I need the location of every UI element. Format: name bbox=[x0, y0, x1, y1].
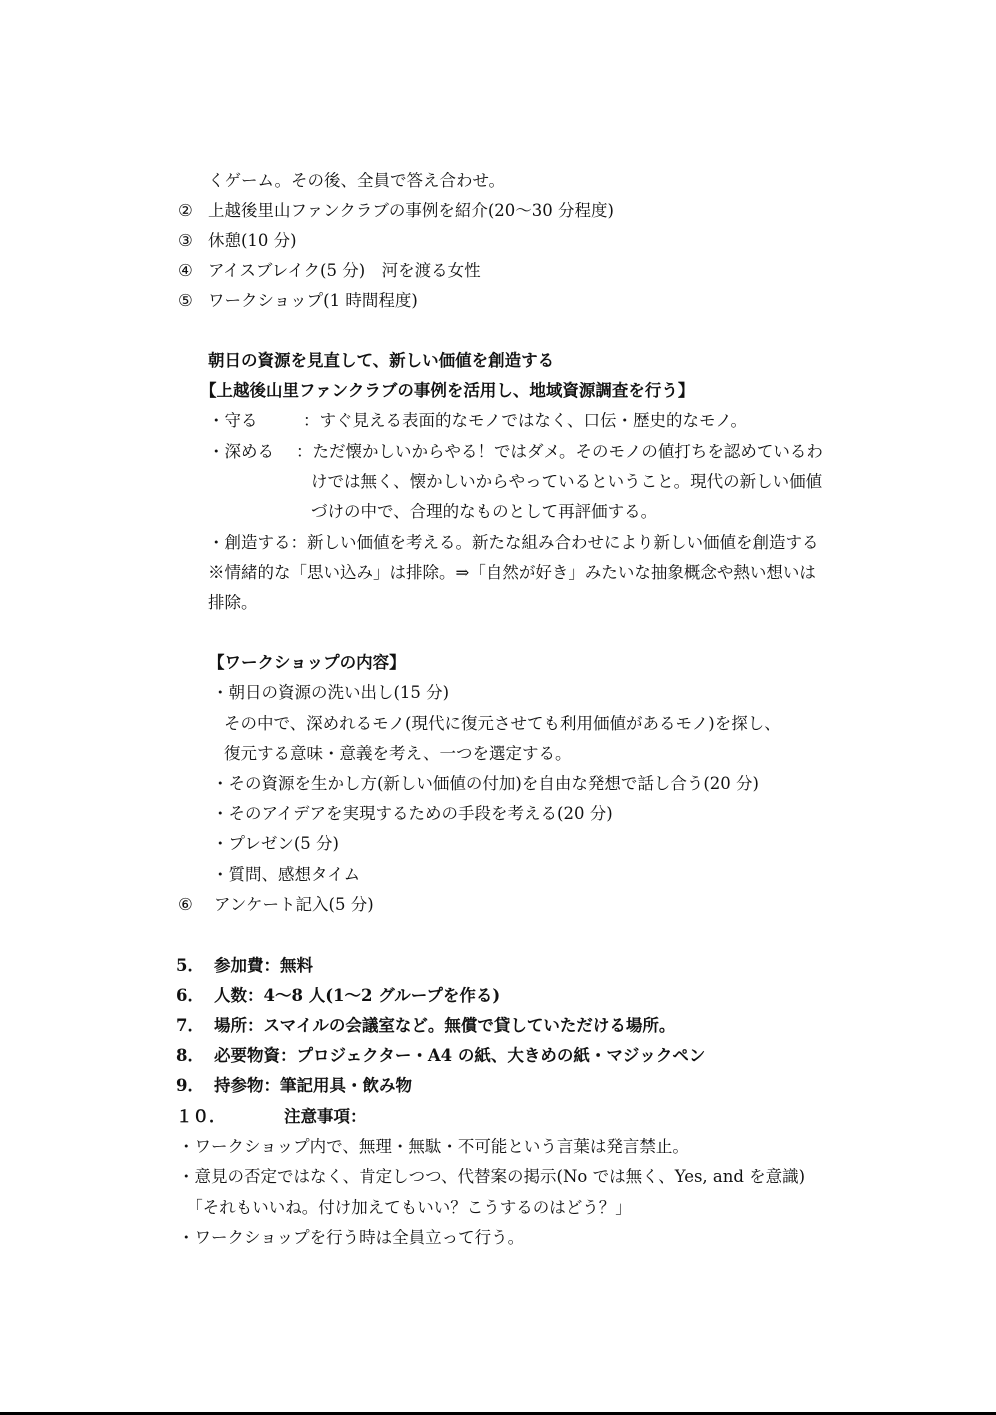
section-value: 4～8 人(1～2 グループを作る) bbox=[264, 986, 501, 1005]
point-colon: ： bbox=[291, 533, 308, 552]
workshop-item: ・質問、感想タイム bbox=[212, 864, 360, 886]
agenda-text: 休憩(10 分) bbox=[208, 231, 297, 250]
section-fee: 5．参加費：無料 bbox=[176, 955, 313, 977]
point-label: ・深める bbox=[208, 441, 296, 463]
theme-subtitle: 【上越後山里ファンクラブの事例を活用し、地域資源調査を行う】 bbox=[200, 380, 694, 402]
theme-point-deepen: ・深める ：ただ懐かしいからやる！ではダメ。そのモノの値打ちを認めているわ bbox=[208, 441, 823, 463]
list-marker: ④ bbox=[178, 260, 208, 282]
point-label: ・創造する bbox=[208, 533, 291, 552]
section-label: 場所： bbox=[214, 1016, 264, 1035]
section-headcount: 6．人数：4～8 人(1～2 グループを作る) bbox=[176, 985, 500, 1007]
agenda-text: アンケート記入(5 分) bbox=[214, 895, 374, 914]
workshop-item: ・朝日の資源の洗い出し(15 分) bbox=[212, 682, 449, 704]
list-marker: ⑥ bbox=[178, 894, 214, 916]
list-marker: ③ bbox=[178, 230, 208, 252]
section-value: 筆記用具・飲み物 bbox=[280, 1076, 412, 1095]
list-marker: ⑤ bbox=[178, 290, 208, 312]
section-label: 人数： bbox=[214, 986, 264, 1005]
section-number: 6． bbox=[176, 985, 214, 1007]
agenda-text: 上越後里山ファンクラブの事例を紹介(20～30 分程度) bbox=[208, 201, 614, 220]
section-value: スマイルの会議室など。無償で貸していただける場所。 bbox=[264, 1016, 676, 1035]
agenda-text: ワークショップ(1 時間程度) bbox=[208, 291, 418, 310]
caution-item: ・ワークショップを行う時は全員立って行う。 bbox=[178, 1227, 524, 1249]
section-number: 8． bbox=[176, 1045, 214, 1067]
workshop-heading: 【ワークショップの内容】 bbox=[208, 652, 406, 674]
theme-point-create: ・創造する：新しい価値を考える。新たな組み合わせにより新しい価値を創造する bbox=[208, 532, 819, 554]
point-colon: ： bbox=[303, 411, 320, 430]
section-cautions: １０．注意事項： bbox=[176, 1106, 367, 1128]
agenda-item-6: ⑥アンケート記入(5 分) bbox=[178, 894, 374, 916]
theme-note-cont: 排除。 bbox=[208, 592, 258, 614]
section-number: 9． bbox=[176, 1075, 214, 1097]
caution-item: ・ワークショップ内で、無理・無駄・不可能という言葉は発言禁止。 bbox=[178, 1136, 689, 1158]
point-colon: ： bbox=[296, 442, 313, 461]
section-bring: 9．持参物：筆記用具・飲み物 bbox=[176, 1075, 412, 1097]
section-number: 7． bbox=[176, 1015, 214, 1037]
section-value: プロジェクター・A4 の紙、大きめの紙・マジックペン bbox=[297, 1046, 706, 1065]
point-label: ・守る bbox=[208, 410, 303, 432]
section-venue: 7．場所：スマイルの会議室など。無償で貸していただける場所。 bbox=[176, 1015, 675, 1037]
workshop-item: ・プレゼン(5 分) bbox=[212, 833, 339, 855]
point-text: すぐ見える表面的なモノではなく、口伝・歴史的なモノ。 bbox=[320, 411, 748, 430]
section-label: 注意事項： bbox=[284, 1107, 367, 1126]
section-label: 持参物： bbox=[214, 1076, 280, 1095]
section-label: 参加費： bbox=[214, 956, 280, 975]
workshop-item-detail: 復元する意味・意義を考え、一つを選定する。 bbox=[224, 743, 572, 765]
agenda-item-3: ③休憩(10 分) bbox=[178, 230, 297, 252]
caution-item: ・意見の否定ではなく、肯定しつつ、代替案の掲示(No では無く、Yes, and… bbox=[178, 1166, 805, 1188]
agenda-item-5: ⑤ワークショップ(1 時間程度) bbox=[178, 290, 418, 312]
theme-point-deepen-cont: づけの中で、合理的なものとして再評価する。 bbox=[311, 501, 657, 523]
point-text: ただ懐かしいからやる！ではダメ。そのモノの値打ちを認めているわ bbox=[313, 442, 823, 461]
workshop-item-detail: その中で、深めれるモノ(現代に復元させても利用価値があるモノ)を探し、 bbox=[224, 713, 781, 735]
list-marker: ② bbox=[178, 200, 208, 222]
caution-example: 「それもいいね。付け加えてもいい？こうするのはどう？」 bbox=[178, 1197, 632, 1219]
section-value: 無料 bbox=[280, 956, 313, 975]
agenda-continuation: くゲーム。その後、全員で答え合わせ。 bbox=[208, 170, 505, 192]
theme-point-deepen-cont: けでは無く、懐かしいからやっているということ。現代の新しい価値 bbox=[311, 471, 822, 493]
agenda-item-2: ②上越後里山ファンクラブの事例を紹介(20～30 分程度) bbox=[178, 200, 614, 222]
section-supplies: 8．必要物資：プロジェクター・A4 の紙、大きめの紙・マジックペン bbox=[176, 1045, 705, 1067]
agenda-text: アイスブレイク(5 分) 河を渡る女性 bbox=[208, 261, 481, 280]
theme-note: ※情緒的な「思い込み」は排除。⇒「自然が好き」みたいな抽象概念や熱い想いは bbox=[208, 562, 816, 584]
section-label: 必要物資： bbox=[214, 1046, 297, 1065]
point-text: 新しい価値を考える。新たな組み合わせにより新しい価値を創造する bbox=[307, 533, 819, 552]
workshop-item: ・その資源を生かし方(新しい価値の付加)を自由な発想で話し合う(20 分) bbox=[212, 773, 759, 795]
section-number: １０． bbox=[176, 1106, 284, 1128]
theme-title: 朝日の資源を見直して、新しい価値を創造する bbox=[208, 350, 554, 372]
agenda-item-4: ④アイスブレイク(5 分) 河を渡る女性 bbox=[178, 260, 481, 282]
theme-point-protect: ・守る ：すぐ見える表面的なモノではなく、口伝・歴史的なモノ。 bbox=[208, 410, 747, 432]
workshop-item: ・そのアイデアを実現するための手段を考える(20 分) bbox=[212, 803, 613, 825]
section-number: 5． bbox=[176, 955, 214, 977]
